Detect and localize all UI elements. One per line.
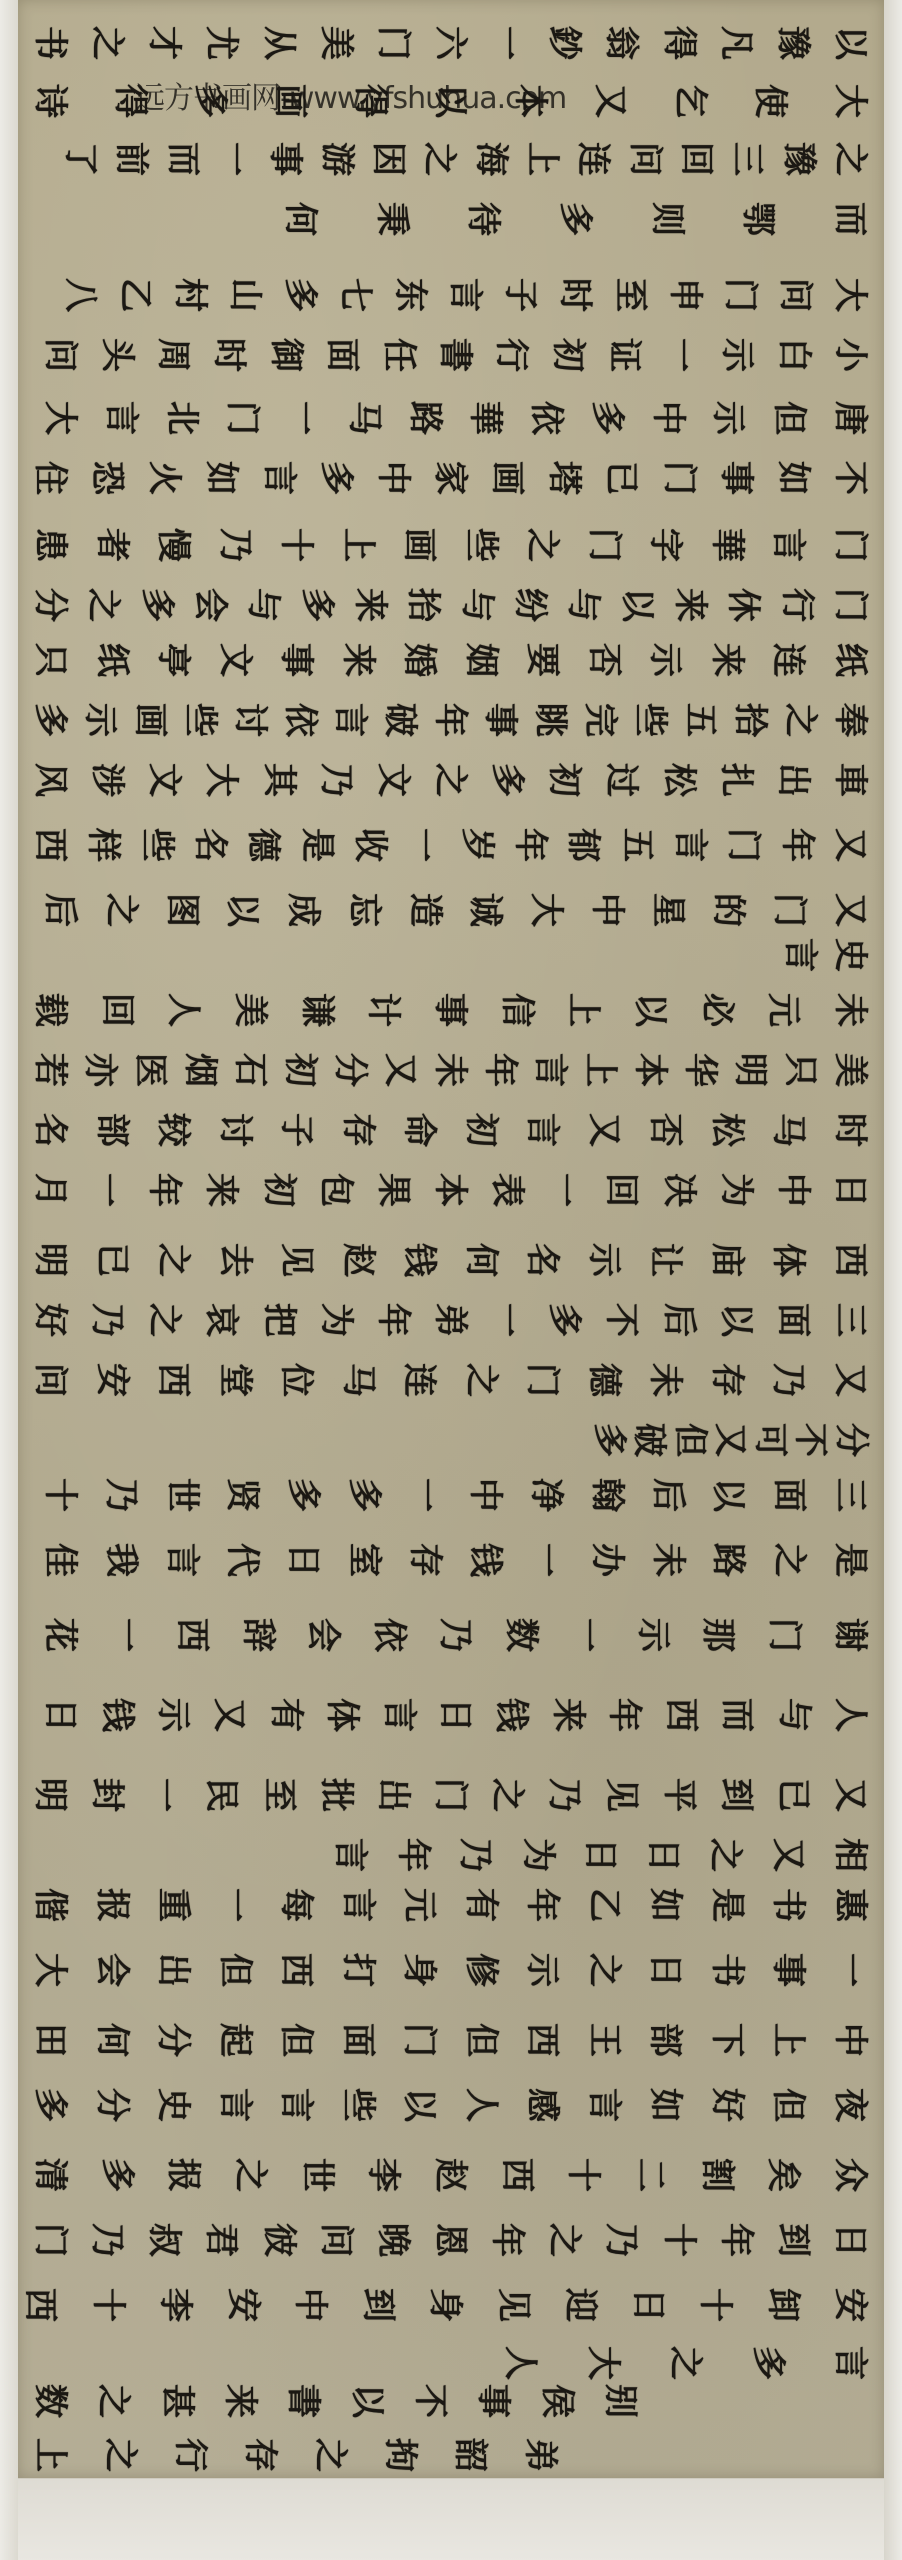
- calligraphy-character: 者: [91, 525, 133, 565]
- calligraphy-character: 又: [583, 1110, 625, 1150]
- calligraphy-character: 讨: [229, 700, 271, 740]
- calligraphy-character: 上: [29, 2435, 71, 2475]
- calligraphy-character: 辞: [237, 1615, 279, 1655]
- calligraphy-character: 名: [29, 1110, 71, 1150]
- calligraphy-character: 相: [829, 1835, 871, 1875]
- calligraphy-character: 来: [337, 640, 379, 680]
- calligraphy-character: 名: [521, 1240, 563, 1280]
- calligraphy-character: 行: [169, 2435, 211, 2475]
- calligraphy-line: 三面以后不多一弟年为把哀之乃好: [30, 1297, 870, 1343]
- calligraphy-character: 多: [136, 585, 178, 625]
- calligraphy-character: 赵: [337, 1240, 379, 1280]
- calligraphy-character: 花: [39, 1615, 81, 1655]
- calligraphy-character: 言: [329, 700, 371, 740]
- calligraphy-character: 中: [586, 890, 628, 930]
- calligraphy-character: 从: [258, 23, 300, 63]
- calligraphy-character: 门: [768, 890, 810, 930]
- calligraphy-character: 侯: [536, 2381, 578, 2421]
- calligraphy-character: 年: [143, 1170, 185, 1210]
- calligraphy-character: 又: [829, 890, 871, 930]
- calligraphy-character: 申: [664, 275, 706, 315]
- calligraphy-character: 为: [517, 1835, 559, 1875]
- calligraphy-character: 那: [697, 1615, 739, 1655]
- calligraphy-character: 秉: [371, 199, 413, 239]
- calligraphy-character: 好: [706, 2085, 748, 2125]
- calligraphy-line: 美只明华本上言年未又分初石烟医亦若: [30, 1047, 870, 1093]
- calligraphy-character: 多: [279, 275, 321, 315]
- calligraphy-character: 问: [315, 2220, 357, 2260]
- calligraphy-character: 何: [460, 1240, 502, 1280]
- calligraphy-character: 上: [767, 2020, 809, 2060]
- calligraphy-character: 后: [647, 1475, 689, 1515]
- calligraphy-character: 其: [258, 760, 300, 800]
- calligraphy-character: 李: [154, 2285, 196, 2325]
- calligraphy-character: 载: [29, 990, 71, 1030]
- calligraphy-character: 头: [96, 335, 138, 375]
- calligraphy-character: 大: [829, 81, 871, 121]
- calligraphy-character: 纸: [829, 640, 871, 680]
- calligraphy-character: 之: [229, 2155, 271, 2195]
- calligraphy-character: 亦: [79, 1050, 121, 1090]
- calligraphy-character: 堂: [214, 1360, 256, 1400]
- calligraphy-character: 年: [776, 825, 818, 865]
- calligraphy-character: 年: [603, 1695, 645, 1735]
- calligraphy-character: 钱: [398, 1240, 440, 1280]
- calligraphy-character: 初: [543, 760, 585, 800]
- calligraphy-character: 到: [715, 1775, 757, 1815]
- calligraphy-line: 安卸十日迎见身到中安李十西: [20, 2282, 870, 2328]
- calligraphy-character: 游: [316, 139, 358, 179]
- calligraphy-character: 不: [829, 458, 871, 498]
- calligraphy-character: 眺: [529, 700, 571, 740]
- calligraphy-character: 平: [658, 1775, 700, 1815]
- calligraphy-character: 中: [647, 398, 689, 438]
- calligraphy-line: 又年门言五郁年岁一收是德名些样西: [30, 822, 870, 868]
- calligraphy-character: 山: [224, 275, 266, 315]
- calligraphy-character: 如: [644, 2085, 686, 2125]
- calligraphy-character: 问: [624, 139, 666, 179]
- calligraphy-character: 惠: [829, 1885, 871, 1925]
- calligraphy-character: 已: [600, 458, 642, 498]
- calligraphy-character: 谦: [296, 990, 338, 1030]
- calligraphy-character: 为: [315, 1300, 357, 1340]
- calligraphy-character: 白: [773, 335, 815, 375]
- calligraphy-character: 表: [486, 1170, 528, 1210]
- calligraphy-character: 去: [214, 1240, 256, 1280]
- calligraphy-character: 风: [29, 760, 71, 800]
- calligraphy-character: 之: [664, 2343, 706, 2383]
- calligraphy-character: 钱: [96, 1695, 138, 1735]
- calligraphy-character: 豫: [778, 139, 820, 179]
- calligraphy-character: 连: [398, 1360, 440, 1400]
- calligraphy-character: 分: [29, 585, 71, 625]
- calligraphy-character: 路: [404, 398, 446, 438]
- calligraphy-character: 画: [486, 458, 528, 498]
- calligraphy-character: 日: [579, 1835, 621, 1875]
- calligraphy-character: 是: [829, 1540, 871, 1580]
- calligraphy-character: 而: [829, 199, 871, 239]
- calligraphy-character: 未: [647, 1540, 689, 1580]
- calligraphy-character: 年: [715, 2220, 757, 2260]
- calligraphy-character: 赵: [429, 2155, 471, 2195]
- calligraphy-character: 每: [275, 1885, 317, 1925]
- calligraphy-character: 未: [429, 1050, 471, 1090]
- calligraphy-character: 人: [829, 1695, 871, 1735]
- calligraphy-line: 人与而西年来钱日言体有又示钱日: [40, 1692, 870, 1738]
- calligraphy-character: 以: [221, 890, 263, 930]
- calligraphy-character: 文: [143, 760, 185, 800]
- calligraphy-character: 马: [343, 398, 385, 438]
- calligraphy-character: 门: [29, 2220, 71, 2260]
- calligraphy-character: 门: [429, 1775, 471, 1815]
- calligraphy-character: 字: [644, 525, 686, 565]
- calligraphy-character: 必: [696, 990, 738, 1030]
- bottom-mount-border: [18, 2478, 884, 2560]
- calligraphy-character: 成: [282, 890, 324, 930]
- calligraphy-character: 乙: [583, 1885, 625, 1925]
- calligraphy-character: 马: [337, 1360, 379, 1400]
- calligraphy-character: 大: [200, 760, 242, 800]
- calligraphy-character: 门: [719, 275, 761, 315]
- calligraphy-line: 車出扎松过初多之文乃其大文涉风: [30, 757, 870, 803]
- calligraphy-character: 凡: [715, 23, 757, 63]
- calligraphy-character: 依: [525, 398, 567, 438]
- calligraphy-character: 一: [566, 1615, 608, 1655]
- calligraphy-character: 美: [315, 23, 357, 63]
- calligraphy-character: 中: [829, 2020, 871, 2060]
- calligraphy-character: 与: [562, 585, 604, 625]
- calligraphy-character: 安: [91, 1360, 133, 1400]
- calligraphy-character: 乃: [543, 1775, 585, 1815]
- calligraphy-character: 华: [679, 1050, 721, 1090]
- calligraphy-character: 事: [479, 700, 521, 740]
- watermark-text: 远方书画网-www.yfshuhua.com: [135, 82, 566, 116]
- calligraphy-character: 破: [379, 700, 421, 740]
- calligraphy-character: 别: [599, 2381, 641, 2421]
- calligraphy-character: 鄂: [737, 199, 779, 239]
- calligraphy-character: 乞: [669, 81, 711, 121]
- calligraphy-character: 文: [214, 640, 256, 680]
- calligraphy-character: 乃: [86, 1300, 128, 1340]
- calligraphy-line: 日中为决回一表本果包初来年一月: [30, 1167, 870, 1213]
- calligraphy-character: 以: [398, 2085, 440, 2125]
- calligraphy-character: 言: [100, 398, 142, 438]
- calligraphy-character: 封: [86, 1775, 128, 1815]
- calligraphy-character: 多: [282, 1475, 324, 1515]
- calligraphy-line: 史言: [780, 932, 870, 978]
- calligraphy-character: 但: [214, 1950, 256, 1990]
- calligraphy-character: 打: [337, 1950, 379, 1990]
- calligraphy-character: 姻: [460, 640, 502, 680]
- calligraphy-character: 抬: [402, 585, 444, 625]
- calligraphy-character: 文: [372, 760, 414, 800]
- calligraphy-character: 好: [29, 1300, 71, 1340]
- calligraphy-character: 只: [29, 640, 71, 680]
- calligraphy-character: 使: [749, 81, 791, 121]
- calligraphy-character: 奉: [829, 700, 871, 740]
- calligraphy-character: 乃: [767, 1360, 809, 1400]
- calligraphy-character: 患: [29, 525, 71, 565]
- calligraphy-character: 之: [460, 1360, 502, 1400]
- calligraphy-character: 因: [367, 139, 409, 179]
- calligraphy-character: 之: [100, 890, 142, 930]
- calligraphy-character: 破: [628, 1421, 670, 1459]
- calligraphy-character: 民: [200, 1775, 242, 1815]
- calligraphy-character: 门: [658, 458, 700, 498]
- calligraphy-line: 众矣割二十西赵李世之报多清: [30, 2152, 870, 2198]
- calligraphy-character: 一: [402, 825, 444, 865]
- calligraphy-character: 与: [773, 1695, 815, 1735]
- calligraphy-character: 德: [242, 825, 284, 865]
- calligraphy-character: 门: [583, 525, 625, 565]
- calligraphy-paper: 以豫凡得翁鈔一六门美从尤才之书大使乞又本以得画多得诗之豫三回问连上海之因游事一而…: [18, 0, 884, 2478]
- calligraphy-character: 已: [91, 1240, 133, 1280]
- calligraphy-character: 门: [722, 825, 764, 865]
- calligraphy-character: 子: [499, 275, 541, 315]
- calligraphy-character: 报: [91, 1885, 133, 1925]
- calligraphy-character: 西: [29, 825, 71, 865]
- calligraphy-character: 是: [706, 1885, 748, 1925]
- calligraphy-character: 鈔: [543, 23, 585, 63]
- calligraphy-character: 来: [547, 1695, 589, 1735]
- calligraphy-character: 多: [29, 700, 71, 740]
- calligraphy-character: 之: [543, 2220, 585, 2260]
- calligraphy-character: 乃: [454, 1835, 496, 1875]
- calligraphy-character: 若: [29, 1050, 71, 1090]
- calligraphy-character: 之: [486, 1775, 528, 1815]
- calligraphy-character: 包: [315, 1170, 357, 1210]
- calligraphy-character: 过: [600, 760, 642, 800]
- calligraphy-character: 来: [669, 585, 711, 625]
- calligraphy-character: 星: [647, 890, 689, 930]
- calligraphy-character: 亭: [152, 640, 194, 680]
- calligraphy-character: 路: [707, 1540, 749, 1580]
- calligraphy-character: 身: [424, 2285, 466, 2325]
- calligraphy-character: 如: [644, 1885, 686, 1925]
- calligraphy-character: 十: [694, 2285, 736, 2325]
- calligraphy-character: 言: [583, 2085, 625, 2125]
- calligraphy-character: 批: [315, 1775, 357, 1815]
- calligraphy-character: 分: [152, 2020, 194, 2060]
- calligraphy-character: 信: [496, 990, 538, 1030]
- calligraphy-character: 行: [776, 585, 818, 625]
- calligraphy-character: 本: [629, 1050, 671, 1090]
- calligraphy-line: 西体庙让示名何钱赵见去之已明: [30, 1237, 870, 1283]
- calligraphy-character: 一: [143, 1775, 185, 1815]
- calligraphy-character: 存: [337, 1110, 379, 1150]
- calligraphy-character: 才: [143, 23, 185, 63]
- calligraphy-character: 中: [772, 1170, 814, 1210]
- calligraphy-character: 些: [629, 700, 671, 740]
- calligraphy-character: 门: [221, 398, 263, 438]
- calligraphy-character: 日: [642, 1835, 684, 1875]
- calligraphy-character: 存: [239, 2435, 281, 2475]
- calligraphy-character: 十: [87, 2285, 129, 2325]
- calligraphy-character: 一: [213, 139, 255, 179]
- calligraphy-character: 事: [264, 139, 306, 179]
- calligraphy-character: 修: [460, 1950, 502, 1990]
- calligraphy-character: 分: [329, 1050, 371, 1090]
- calligraphy-line: 别侯事不以書来甚之数: [30, 2378, 640, 2424]
- calligraphy-character: 一: [214, 1885, 256, 1925]
- calligraphy-character: 日: [282, 1540, 324, 1580]
- calligraphy-character: 办: [586, 1540, 628, 1580]
- calligraphy-character: 言: [767, 525, 809, 565]
- calligraphy-character: 恩: [429, 2220, 471, 2260]
- calligraphy-line: 是之路未办一钱存室日代言我佳: [40, 1537, 870, 1583]
- calligraphy-character: 多: [747, 2343, 789, 2383]
- calligraphy-character: 面: [321, 335, 363, 375]
- calligraphy-character: 美: [229, 990, 271, 1030]
- calligraphy-character: 面: [772, 1300, 814, 1340]
- calligraphy-character: 如: [200, 458, 242, 498]
- calligraphy-character: 世: [161, 1475, 203, 1515]
- calligraphy-character: 重: [152, 1885, 194, 1925]
- calligraphy-character: 明: [29, 1240, 71, 1280]
- calligraphy-character: 未: [644, 1360, 686, 1400]
- calligraphy-character: 扎: [715, 760, 757, 800]
- calligraphy-character: 年: [479, 1050, 521, 1090]
- calligraphy-line: 又门的星中大诚造忘成以图之后: [40, 887, 870, 933]
- calligraphy-character: 又: [589, 81, 631, 121]
- calligraphy-character: 示: [521, 1950, 563, 1990]
- calligraphy-character: 翁: [600, 23, 642, 63]
- calligraphy-character: 但: [669, 1421, 711, 1459]
- calligraphy-character: 数: [500, 1615, 542, 1655]
- calligraphy-character: 乃: [100, 1475, 142, 1515]
- calligraphy-character: 十: [562, 2155, 604, 2195]
- calligraphy-character: 月: [29, 1170, 71, 1210]
- calligraphy-character: 日: [39, 1695, 81, 1735]
- calligraphy-character: 以: [346, 2381, 388, 2421]
- calligraphy-character: 何: [91, 2020, 133, 2060]
- calligraphy-character: 以: [629, 990, 671, 1030]
- calligraphy-character: 矣: [762, 2155, 804, 2195]
- calligraphy-character: 明: [729, 1050, 771, 1090]
- calligraphy-character: 些: [136, 825, 178, 865]
- calligraphy-character: 史: [152, 2085, 194, 2125]
- calligraphy-character: 六: [429, 23, 471, 63]
- calligraphy-character: 七: [334, 275, 376, 315]
- calligraphy-character: 医: [129, 1050, 171, 1090]
- calligraphy-character: 之: [86, 23, 128, 63]
- calligraphy-line: 日到年十乃之年恩晚问彼君叔乃门: [30, 2217, 870, 2263]
- calligraphy-character: 之: [768, 1540, 810, 1580]
- calligraphy-character: 世: [296, 2155, 338, 2195]
- calligraphy-character: 李: [362, 2155, 404, 2195]
- calligraphy-character: 松: [706, 1110, 748, 1150]
- calligraphy-character: 言: [258, 458, 300, 498]
- calligraphy-character: 迎: [559, 2285, 601, 2325]
- calligraphy-line: 分不可又但破多: [590, 1417, 870, 1463]
- calligraphy-character: 与: [456, 585, 498, 625]
- calligraphy-character: 恐: [86, 458, 128, 498]
- calligraphy-character: 前: [110, 139, 152, 179]
- calligraphy-character: 周: [152, 335, 194, 375]
- calligraphy-character: 起: [214, 2020, 256, 2060]
- calligraphy-character: 一: [486, 1300, 528, 1340]
- calligraphy-character: 决: [658, 1170, 700, 1210]
- calligraphy-line: 惠书是如乙年有元言每一重报偕: [30, 1882, 870, 1928]
- calligraphy-character: 诗: [29, 81, 71, 121]
- calligraphy-character: 言: [329, 1835, 371, 1875]
- calligraphy-character: 而: [162, 139, 204, 179]
- calligraphy-character: 些: [460, 525, 502, 565]
- calligraphy-character: 西: [275, 1950, 317, 1990]
- calligraphy-character: 年: [509, 825, 551, 865]
- calligraphy-character: 又: [379, 1050, 421, 1090]
- calligraphy-character: 初: [460, 1110, 502, 1150]
- calligraphy-character: 一: [525, 1540, 567, 1580]
- calligraphy-character: 日: [829, 1170, 871, 1210]
- calligraphy-character: 为: [715, 1170, 757, 1210]
- calligraphy-line: 又乃存未德门之连马位堂西安问: [30, 1357, 870, 1403]
- calligraphy-character: 果: [372, 1170, 414, 1210]
- calligraphy-character: 回: [96, 990, 138, 1030]
- calligraphy-character: 拾: [729, 700, 771, 740]
- calligraphy-character: 净: [525, 1475, 567, 1515]
- calligraphy-character: 多: [543, 1300, 585, 1340]
- calligraphy-character: 已: [772, 1775, 814, 1815]
- calligraphy-character: 五: [679, 700, 721, 740]
- calligraphy-character: 君: [200, 2220, 242, 2260]
- calligraphy-character: 未: [829, 990, 871, 1030]
- calligraphy-character: 多: [96, 2155, 138, 2195]
- calligraphy-character: 又: [767, 1835, 809, 1875]
- calligraphy-character: 乃: [600, 2220, 642, 2260]
- calligraphy-character: 庙: [706, 1240, 748, 1280]
- calligraphy-character: 不: [790, 1421, 832, 1459]
- calligraphy-character: 人: [499, 2343, 541, 2383]
- calligraphy-character: 否: [644, 1110, 686, 1150]
- calligraphy-character: 时: [554, 275, 596, 315]
- calligraphy-character: 后: [39, 890, 81, 930]
- calligraphy-character: 村: [169, 275, 211, 315]
- calligraphy-character: 多: [486, 760, 528, 800]
- calligraphy-character: 安: [829, 2285, 871, 2325]
- calligraphy-line: 不如事门已塔画家中多言如火恐住: [30, 455, 870, 501]
- calligraphy-character: 一: [543, 1170, 585, 1210]
- calligraphy-character: 西: [829, 1240, 871, 1280]
- calligraphy-character: 则: [646, 199, 688, 239]
- calligraphy-character: 五: [616, 825, 658, 865]
- calligraphy-character: 弟: [519, 2435, 561, 2475]
- calligraphy-character: 韶: [449, 2435, 491, 2475]
- calligraphy-character: 来: [219, 2381, 261, 2421]
- calligraphy-character: 下: [706, 2020, 748, 2060]
- calligraphy-character: 不: [409, 2381, 451, 2421]
- calligraphy-character: 东: [389, 275, 431, 315]
- calligraphy-character: 问: [774, 275, 816, 315]
- calligraphy-character: 依: [279, 700, 321, 740]
- calligraphy-character: 报: [162, 2155, 204, 2195]
- calligraphy-character: 见: [492, 2285, 534, 2325]
- calligraphy-character: 美: [829, 1050, 871, 1090]
- calligraphy-character: 来: [706, 640, 748, 680]
- calligraphy-character: 又: [829, 1775, 871, 1815]
- calligraphy-character: 连: [767, 640, 809, 680]
- calligraphy-character: 大: [582, 2343, 624, 2383]
- calligraphy-character: 示: [716, 335, 758, 375]
- calligraphy-character: 慢: [152, 525, 194, 565]
- calligraphy-line: 谢门那示一数乃依会辞西一花: [40, 1612, 870, 1658]
- calligraphy-character: 之: [779, 700, 821, 740]
- calligraphy-character: 分: [91, 2085, 133, 2125]
- calligraphy-character: 示: [707, 398, 749, 438]
- calligraphy-character: 钱: [464, 1540, 506, 1580]
- calligraphy-character: 日: [434, 1695, 476, 1735]
- calligraphy-character: 二: [629, 2155, 671, 2195]
